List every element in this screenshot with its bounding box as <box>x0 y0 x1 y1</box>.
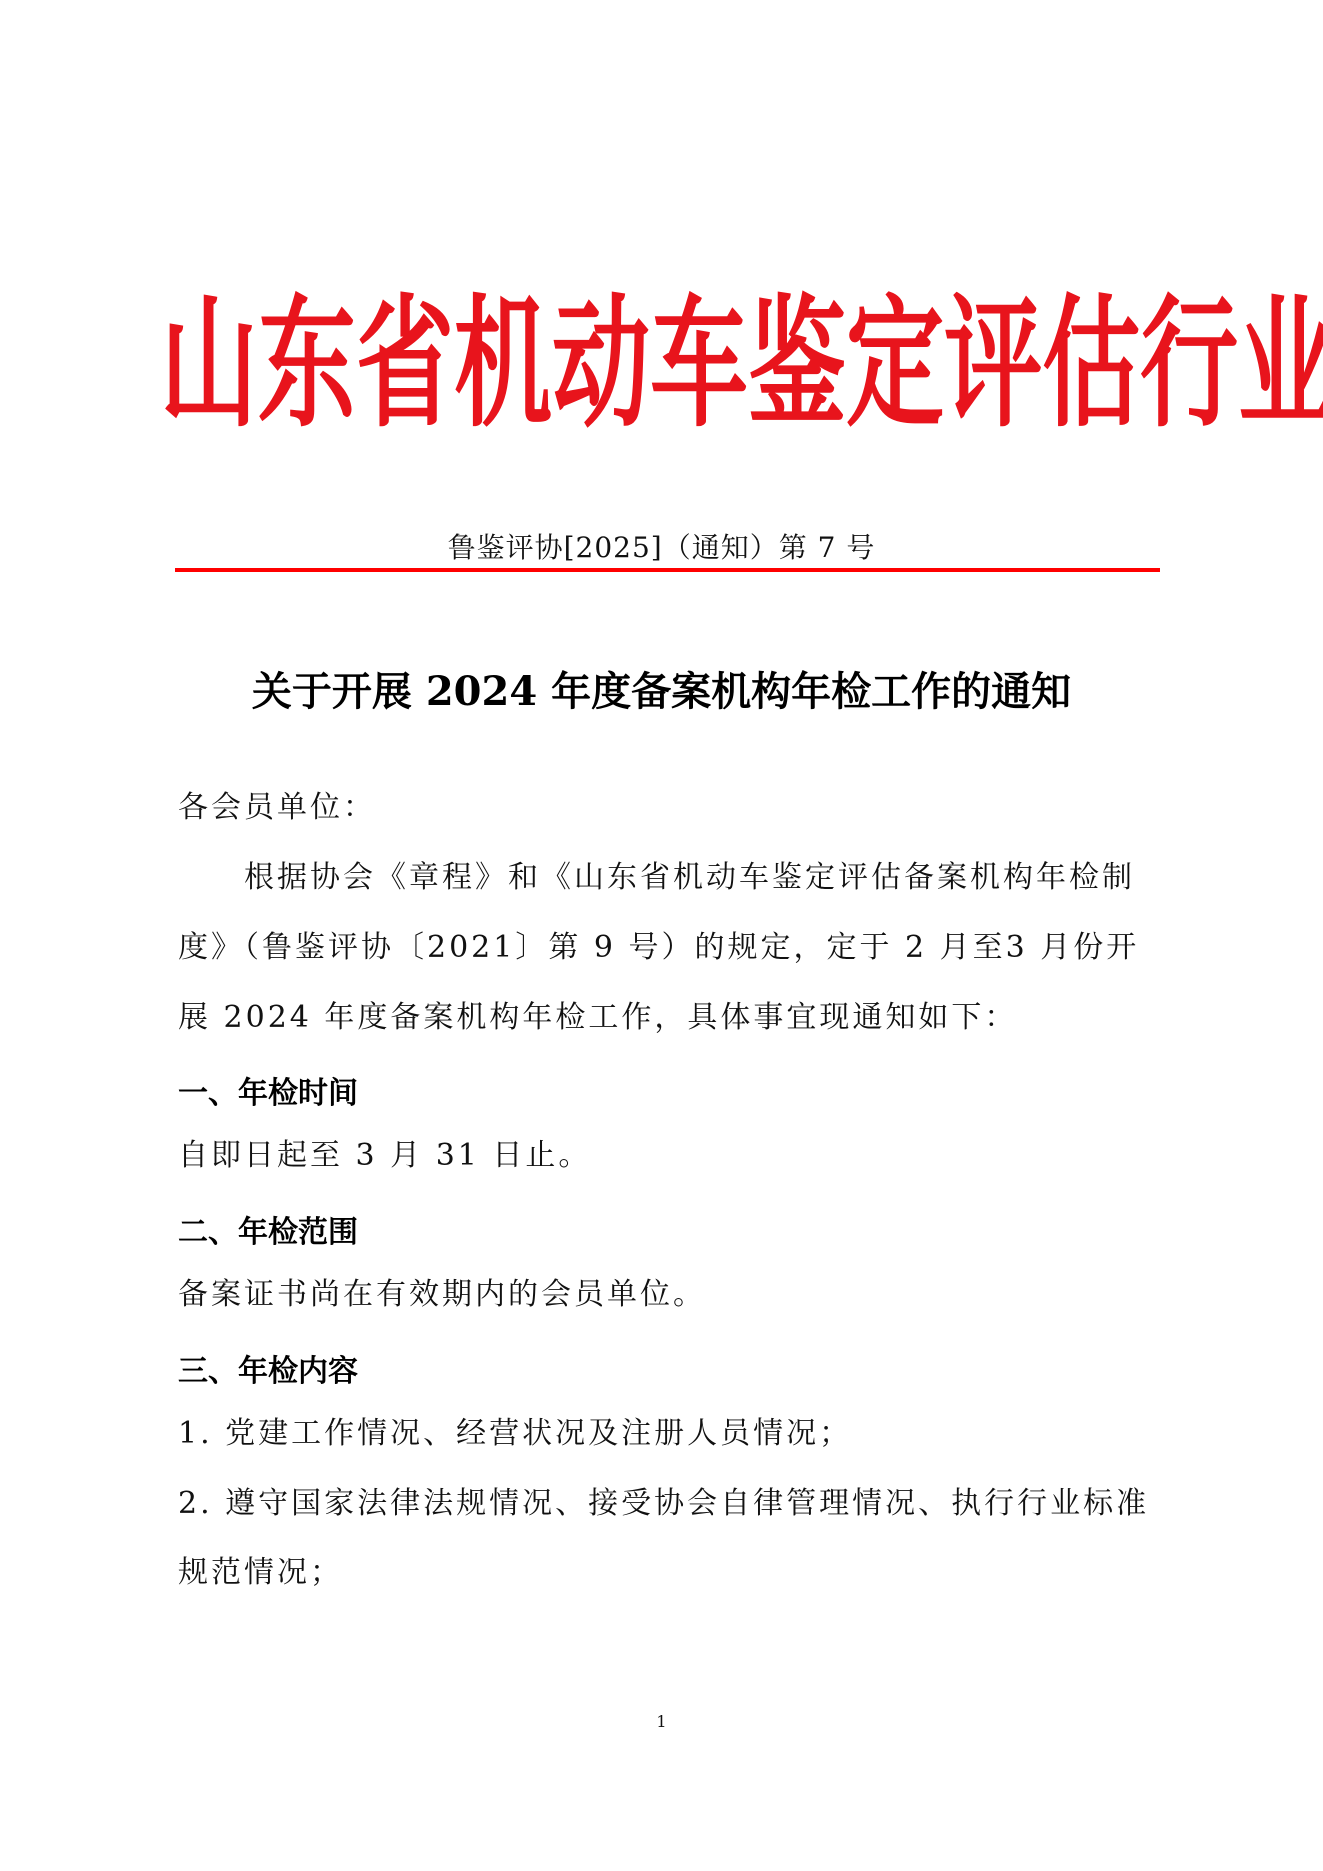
section-text: 自即日起至 3 月 31 日止。 <box>178 1138 1158 1174</box>
section-text: 备案证书尚在有效期内的会员单位。 <box>178 1277 1158 1313</box>
masthead-char: 动 <box>552 294 650 436</box>
section-text: 规范情况； <box>178 1555 1158 1591</box>
intro-line: 度》（鲁鉴评协〔2021〕第 9 号）的规定，定于 2 月至3 月份开 <box>178 930 1158 966</box>
masthead-char: 机 <box>454 294 552 436</box>
red-divider <box>175 568 1160 572</box>
masthead-char: 估 <box>1042 294 1140 436</box>
intro-line: 展 2024 年度备案机构年检工作，具体事宜现通知如下： <box>178 1000 1158 1036</box>
masthead-char: 行 <box>1140 294 1238 436</box>
document-number: 鲁鉴评协[2025]（通知）第 7 号 <box>0 526 1323 566</box>
section-text: 1. 党建工作情况、经营状况及注册人员情况； <box>178 1416 1158 1452</box>
masthead-title: 山 东 省 机 动 车 鉴 定 评 估 行 业 协 会 文 件 <box>160 290 1190 440</box>
masthead-char: 业 <box>1238 294 1323 436</box>
intro-line: 根据协会《章程》和《山东省机动车鉴定评估备案机构年检制 <box>178 860 1158 896</box>
document-page: 山 东 省 机 动 车 鉴 定 评 估 行 业 协 会 文 件 鲁鉴评协[202… <box>0 0 1323 1871</box>
masthead-char: 评 <box>944 294 1042 436</box>
section-heading-content: 三、年检内容 <box>178 1346 358 1390</box>
page-number: 1 <box>0 1712 1323 1731</box>
masthead-char: 车 <box>650 294 748 436</box>
masthead-char: 山 <box>160 294 258 436</box>
notice-title: 关于开展 2024 年度备案机构年检工作的通知 <box>0 660 1323 717</box>
section-text: 2. 遵守国家法律法规情况、接受协会自律管理情况、执行行业标准 <box>178 1486 1158 1522</box>
section-heading-scope: 二、年检范围 <box>178 1207 358 1251</box>
section-heading-time: 一、年检时间 <box>178 1068 358 1112</box>
masthead-char: 鉴 <box>748 294 846 436</box>
masthead-char: 东 <box>258 294 356 436</box>
masthead-char: 省 <box>356 294 454 436</box>
salutation: 各会员单位： <box>178 790 1158 826</box>
masthead-char: 定 <box>846 294 944 436</box>
